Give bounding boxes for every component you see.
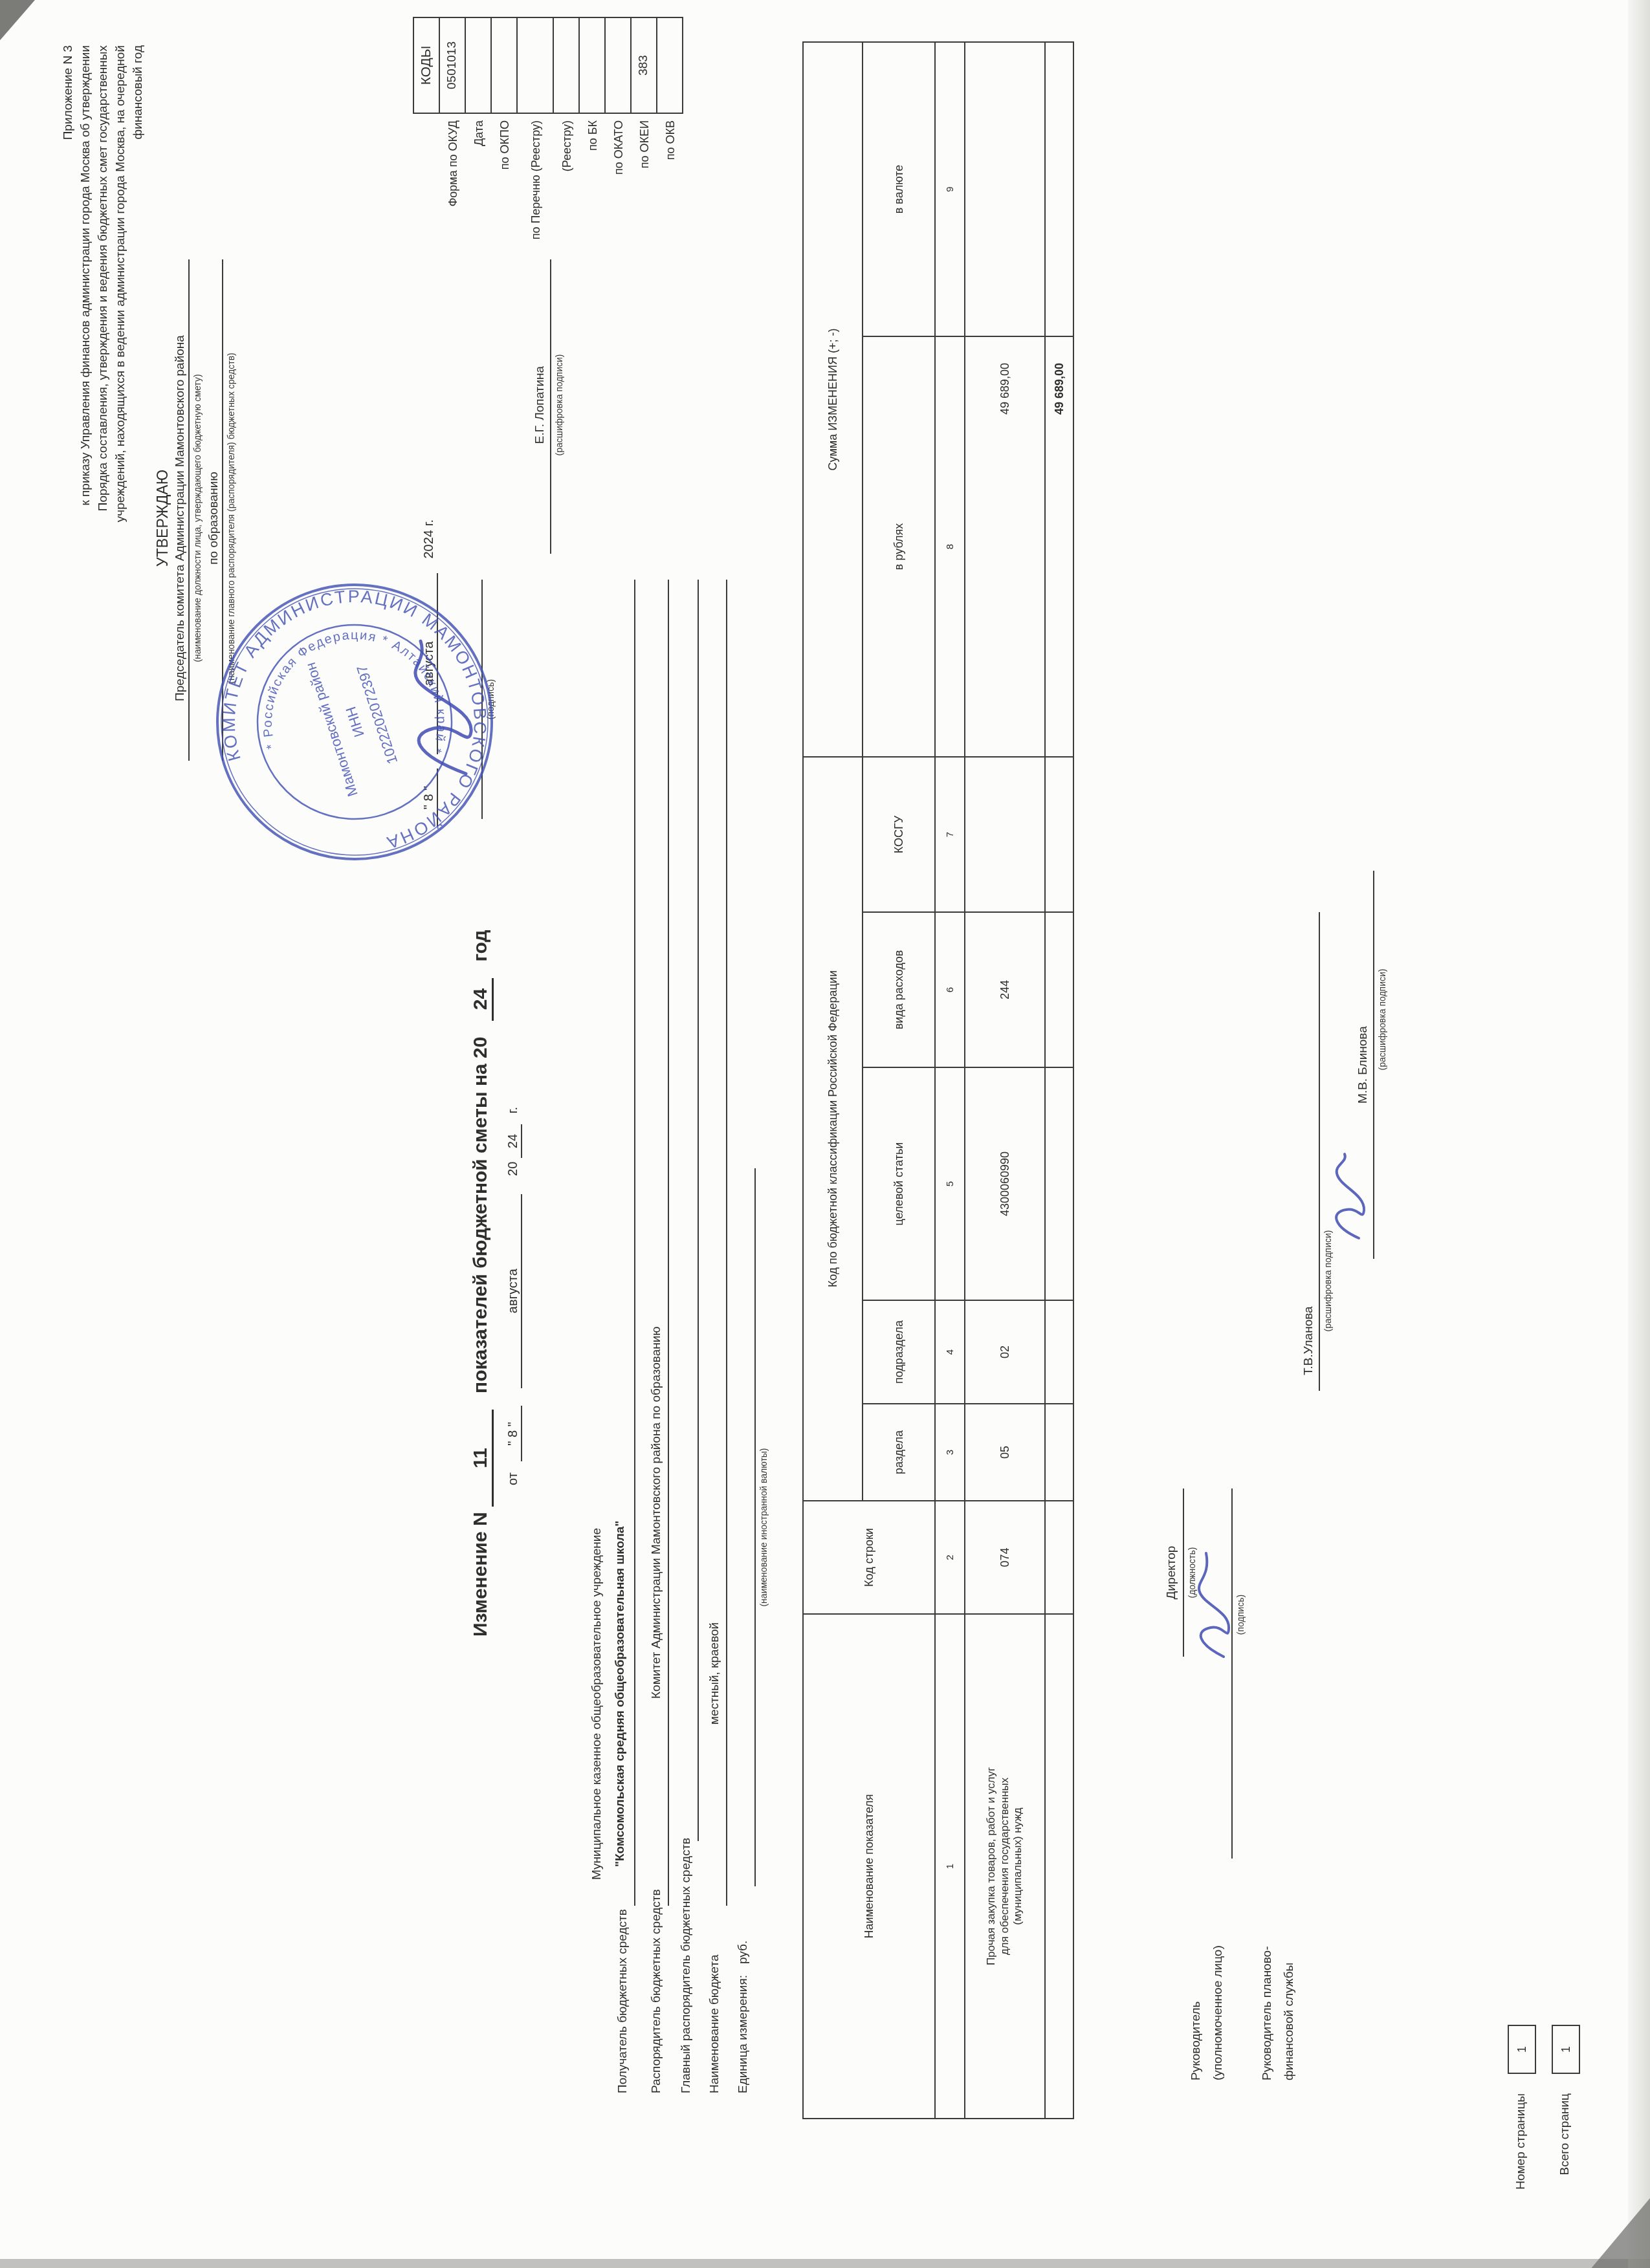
head-position-underline: [1183, 1488, 1184, 1657]
rasp-underline: [668, 580, 669, 1906]
col-header-podrazdel: подраздела: [863, 1300, 935, 1404]
total-cell-empty: [1045, 757, 1073, 912]
fin-signature-image: [1325, 1149, 1370, 1246]
code-value: [553, 17, 580, 114]
code-label: по ОКЕИ: [632, 114, 657, 301]
col-number: 2: [935, 1501, 965, 1614]
budget-change-table-wrap: Наименование показателя Код строки Код п…: [802, 41, 1074, 2119]
data-name-line: Прочая закупка товаров, работ и услуг: [985, 1619, 998, 2114]
annex-line: финансовый год: [129, 45, 147, 1168]
scanned-document-page: Приложение N 3 к приказу Управления фина…: [0, 0, 1650, 2268]
codes-box: КОДЫ Форма по ОКУД 0501013 Дата по ОКПО …: [414, 10, 683, 301]
col-header-currency: в валюте: [863, 42, 935, 336]
data-cell-code-line: 074: [965, 1501, 1045, 1614]
code-label: по БК: [580, 114, 606, 301]
title-prefix: Изменение N: [470, 1512, 491, 1637]
code-label-spacer: [414, 114, 440, 301]
code-value: [465, 17, 492, 114]
annex-line: Порядка составления, утверждения и веден…: [94, 45, 112, 1168]
col-header-code-line: Код строки: [803, 1501, 935, 1614]
receiver-label: Получатель бюджетных средств: [616, 1909, 630, 2093]
date-month: августа: [506, 1194, 522, 1388]
page-number-value: 1: [1508, 2025, 1536, 2074]
col-header-sum-group: Сумма ИЗМЕНЕНИЯ (+; -): [803, 42, 863, 757]
total-cell-rub: 49 689,00: [1045, 336, 1073, 757]
code-value: 383: [630, 17, 657, 114]
scan-corner-shadow: [0, 0, 35, 49]
code-value: [578, 17, 606, 114]
col-number: 1: [935, 1614, 965, 2119]
title-number: 11: [470, 1410, 494, 1507]
code-label: Дата: [466, 114, 492, 301]
total-cell-empty: [1045, 42, 1073, 336]
code-label: по Перечню (Реестру): [518, 114, 554, 301]
annex-line: Приложение N 3: [60, 45, 77, 1168]
head-signer-label-line2: (уполномоченное лицо): [1211, 1945, 1226, 2080]
budget-underline: [726, 580, 727, 1906]
date-year-prefix: 20: [506, 1162, 520, 1176]
col-number: 6: [935, 912, 965, 1067]
head-signer-label-line1: Руководитель: [1189, 2001, 1204, 2080]
title-suffix: год: [470, 930, 491, 961]
total-cell-empty: [1045, 1501, 1073, 1614]
fin-name-underline: [1373, 871, 1374, 1259]
title-middle: показателей бюджетной сметы на 20: [470, 1037, 491, 1393]
glav-underline: [698, 580, 699, 1841]
document-landscape: Приложение N 3 к приказу Управления фина…: [0, 0, 1650, 2268]
col-number: 4: [935, 1300, 965, 1404]
title-year: 24: [470, 978, 494, 1021]
total-cell-empty: [1045, 1404, 1073, 1501]
pages-total-label: Всего страниц: [1558, 2093, 1572, 2242]
receiver-underline: [634, 580, 635, 1906]
data-name-line: для обеспечения государственных: [998, 1619, 1011, 2114]
stamp-center-line: ИНН: [342, 704, 367, 739]
unit-underline: [754, 1168, 756, 1886]
code-label: (Реестру): [554, 114, 580, 301]
scan-edge-shadow: [0, 2259, 1650, 2268]
fin-signer-label-line1: Руководитель планово-: [1260, 1946, 1275, 2080]
fin-signer-label-line2: финансовой службы: [1282, 1963, 1297, 2080]
title-date-line: от " 8 " августа 20 24 г.: [506, 1107, 522, 1485]
total-cell-empty: [1045, 912, 1073, 1067]
head-signer-name: Т.В.Уланова: [1302, 1306, 1316, 1375]
col-number: 3: [935, 1404, 965, 1501]
code-value: [604, 17, 632, 114]
annex-note: Приложение N 3 к приказу Управления фина…: [60, 45, 147, 1168]
data-cell-currency: [965, 42, 1045, 336]
data-cell-vid: 244: [965, 912, 1045, 1067]
approve-title: УТВЕРЖДАЮ: [154, 256, 171, 780]
col-number: 7: [935, 757, 965, 912]
fin-signer-name: М.В. Блинова: [1356, 1026, 1370, 1104]
pages-total-value: 1: [1552, 2025, 1580, 2074]
data-cell-name: Прочая закупка товаров, работ и услуг дл…: [965, 1614, 1045, 2119]
budget-change-table: Наименование показателя Код строки Код п…: [802, 41, 1074, 2119]
col-header-kosgu: КОСГУ: [863, 757, 935, 912]
glav-label: Главный распорядитель бюджетных средств: [679, 1838, 694, 2093]
code-value: 0501013: [439, 17, 466, 114]
approve-position-value: Председатель комитета Администрации Мамо…: [173, 256, 188, 780]
data-cell-razdel: 05: [965, 1404, 1045, 1501]
col-header-target: целевой статьи: [863, 1067, 935, 1300]
receiver-value-line1: Муниципальное казенное общеобразовательн…: [590, 715, 604, 1880]
budget-label: Наименование бюджета: [708, 1955, 722, 2094]
code-label: по ОКВ: [657, 114, 683, 301]
code-value: [490, 17, 518, 114]
rasp-label: Распорядитель бюджетных средств: [650, 1889, 664, 2093]
total-cell-empty: [1045, 1300, 1073, 1404]
col-header-rub: в рублях: [863, 336, 935, 757]
total-cell-empty: [1045, 1067, 1073, 1300]
document-title: Изменение N 11 показателей бюджетной сме…: [470, 930, 494, 1637]
scan-edge-shadow: [1628, 0, 1650, 2268]
data-cell-rub: 49 689,00: [965, 336, 1045, 757]
date-ot: от: [506, 1472, 520, 1485]
fin-name-caption: (расшифровка подписи): [1377, 910, 1387, 1129]
data-name-line: (муниципальных) нужд: [1011, 1619, 1024, 2114]
budget-value: местный, краевой: [708, 1622, 722, 1725]
col-number: 8: [935, 336, 965, 757]
col-header-vid: вида расходов: [863, 912, 935, 1067]
page-number-label: Номер страницы: [1514, 2093, 1528, 2242]
currency-caption: (наименование иностранной валюты): [758, 1168, 769, 1886]
unit-label: Единица измерения:: [736, 1975, 751, 2093]
date-year-suffix: г.: [506, 1107, 520, 1113]
data-cell-kosgu: [965, 757, 1045, 912]
col-header-razdel: раздела: [863, 1404, 935, 1501]
head-sign-underline: [1231, 1488, 1233, 1859]
col-header-kbk-group: Код по бюджетной классификации Российско…: [803, 757, 863, 1501]
code-value: [516, 17, 554, 114]
receiver-value-line2: "Комсомольская средняя общеобразовательн…: [613, 703, 628, 1867]
annex-line: к приказу Управления финансов администра…: [77, 45, 94, 1168]
data-cell-podrazdel: 02: [965, 1300, 1045, 1404]
data-cell-target: 4300060990: [965, 1067, 1045, 1300]
col-number: 9: [935, 42, 965, 336]
date-day: " 8 ": [506, 1406, 522, 1461]
code-value: [656, 17, 683, 114]
head-name-underline: [1319, 912, 1320, 1391]
head-position-value: Директор: [1165, 1488, 1179, 1657]
col-header-name: Наименование показателя: [803, 1614, 935, 2119]
col-number: 5: [935, 1067, 965, 1300]
code-label: Форма по ОКУД: [440, 114, 466, 301]
head-sign-caption: (подпись): [1235, 1531, 1246, 1699]
codes-header-cell: КОДЫ: [413, 17, 440, 114]
annex-line: учреждений, находящихся в ведении админи…: [112, 45, 129, 1168]
total-cell-empty: [1045, 1614, 1073, 2119]
code-label: по ОКПО: [492, 114, 518, 301]
rasp-value: Комитет Администрации Мамонтовского райо…: [650, 1326, 664, 1699]
approver-name-underline: [550, 259, 551, 554]
code-label: по ОКАТО: [606, 114, 632, 301]
date-year: 24: [506, 1124, 522, 1158]
unit-value: руб.: [736, 1941, 751, 1964]
head-signature-image: [1188, 1543, 1233, 1666]
